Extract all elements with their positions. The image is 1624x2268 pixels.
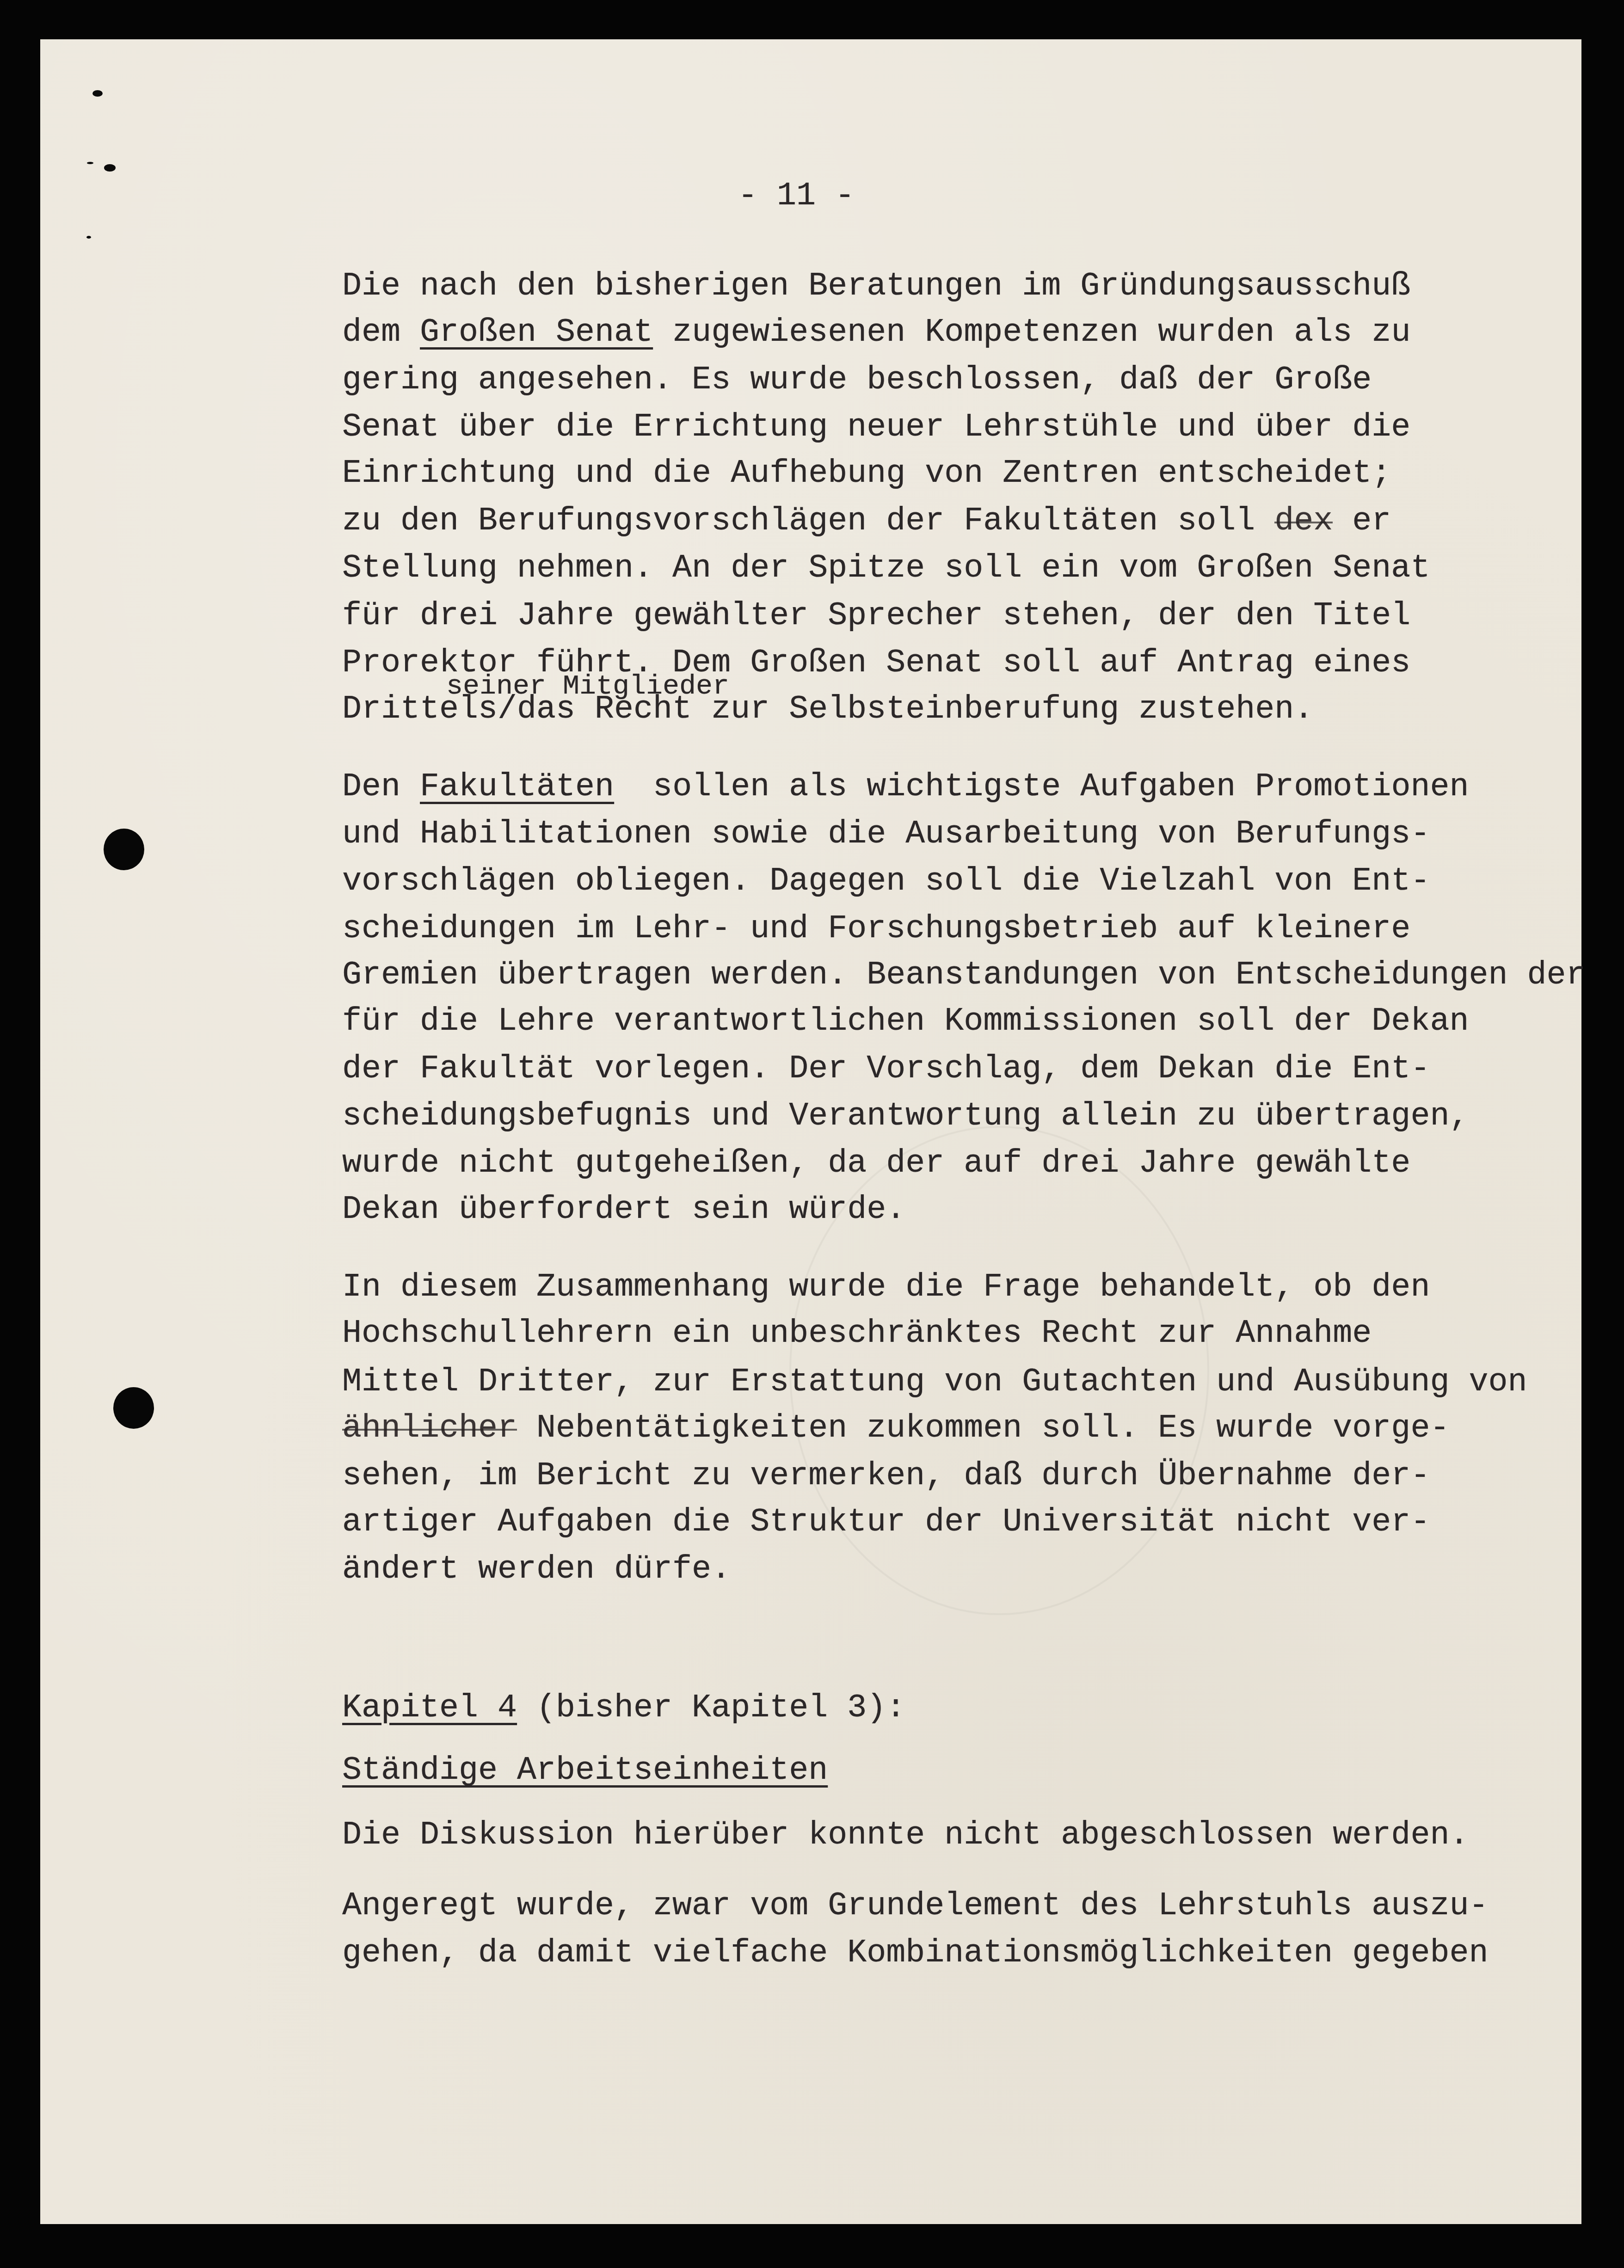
text-line: dem Großen Senat zugewiesenen Kompetenze… xyxy=(342,317,1410,349)
underlined-term-fakultaeten: Fakultäten xyxy=(420,769,614,805)
struck-out-word: dex xyxy=(1274,503,1333,540)
chapter-note: (bisher Kapitel 3): xyxy=(517,1690,905,1727)
text-segment: dem xyxy=(342,314,420,351)
text-segment: sollen als wichtigste Aufgaben Promotion… xyxy=(614,769,1469,805)
text-line: Einrichtung und die Aufhebung von Zentre… xyxy=(342,458,1391,490)
text-line: sehen, im Bericht zu vermerken, daß durc… xyxy=(342,1460,1430,1493)
text-line: ändert werden dürfe. xyxy=(342,1554,731,1586)
text-line: zu den Berufungsvorschlägen der Fakultät… xyxy=(342,505,1391,538)
punch-hole xyxy=(113,1387,154,1429)
text-line: der Fakultät vorlegen. Der Vorschlag, de… xyxy=(342,1053,1430,1086)
text-line: gering angesehen. Es wurde beschlossen, … xyxy=(342,364,1372,397)
margin-speck xyxy=(87,162,93,164)
text-segment: zu den Berufungsvorschlägen der Fakultät… xyxy=(342,503,1274,540)
text-line: Dekan überfordert sein würde. xyxy=(342,1194,905,1226)
margin-speck xyxy=(92,90,103,97)
margin-speck xyxy=(86,236,91,239)
text-line: Hochschullehrern ein unbeschränktes Rech… xyxy=(342,1318,1372,1350)
struck-out-word: ähnlicher xyxy=(342,1410,517,1447)
text-line: wurde nicht gutgeheißen, da der auf drei… xyxy=(342,1148,1410,1180)
text-line: Gremien übertragen werden. Beanstandunge… xyxy=(342,959,1585,992)
text-line: für drei Jahre gewählter Sprecher stehen… xyxy=(342,600,1410,633)
chapter-number: Kapitel 4 xyxy=(342,1690,517,1727)
text-segment: Den xyxy=(342,769,420,805)
text-line: für die Lehre verantwortlichen Kommissio… xyxy=(342,1006,1469,1038)
text-segment: Nebentätigkeiten zukommen soll. Es wurde… xyxy=(517,1410,1449,1447)
text-line: Die nach den bisherigen Beratungen im Gr… xyxy=(342,270,1410,303)
text-line: In diesem Zusammenhang wurde die Frage b… xyxy=(342,1272,1430,1304)
text-line: artiger Aufgaben die Struktur der Univer… xyxy=(342,1506,1430,1539)
chapter-heading: Kapitel 4 (bisher Kapitel 3): xyxy=(342,1692,905,1725)
text-line: ähnlicher Nebentätigkeiten zukommen soll… xyxy=(342,1413,1449,1445)
text-line: Mittel Dritter, zur Erstattung von Gutac… xyxy=(342,1366,1527,1399)
chapter-title: Ständige Arbeitseinheiten xyxy=(342,1755,828,1787)
text-line: Stellung nehmen. An der Spitze soll ein … xyxy=(342,553,1430,585)
underlined-term-grosser-senat: Großen Senat xyxy=(420,314,653,351)
page-number: - 11 - xyxy=(738,180,855,213)
text-line: Angeregt wurde, zwar vom Grundelement de… xyxy=(342,1890,1488,1923)
text-segment: er xyxy=(1333,503,1391,540)
punch-hole xyxy=(104,829,144,870)
text-line: und Habilitationen sowie die Ausarbeitun… xyxy=(342,818,1430,851)
text-line: vorschlägen obliegen. Dagegen soll die V… xyxy=(342,866,1430,898)
text-line: Den Fakultäten sollen als wichtigste Auf… xyxy=(342,771,1469,804)
text-line: gehen, da damit vielfache Kombinationsmö… xyxy=(342,1937,1488,1970)
text-line: scheidungen im Lehr- und Forschungsbetri… xyxy=(342,913,1410,946)
text-line: Die Diskussion hierüber konnte nicht abg… xyxy=(342,1819,1469,1852)
text-segment: zugewiesenen Kompetenzen wurden als zu xyxy=(653,314,1410,351)
text-line: scheidungsbefugnis und Verantwortung all… xyxy=(342,1100,1469,1133)
margin-speck xyxy=(104,164,116,172)
text-line: Drittels/das Recht zur Selbsteinberufung… xyxy=(342,694,1313,726)
text-line: Senat über die Errichtung neuer Lehrstüh… xyxy=(342,412,1410,444)
